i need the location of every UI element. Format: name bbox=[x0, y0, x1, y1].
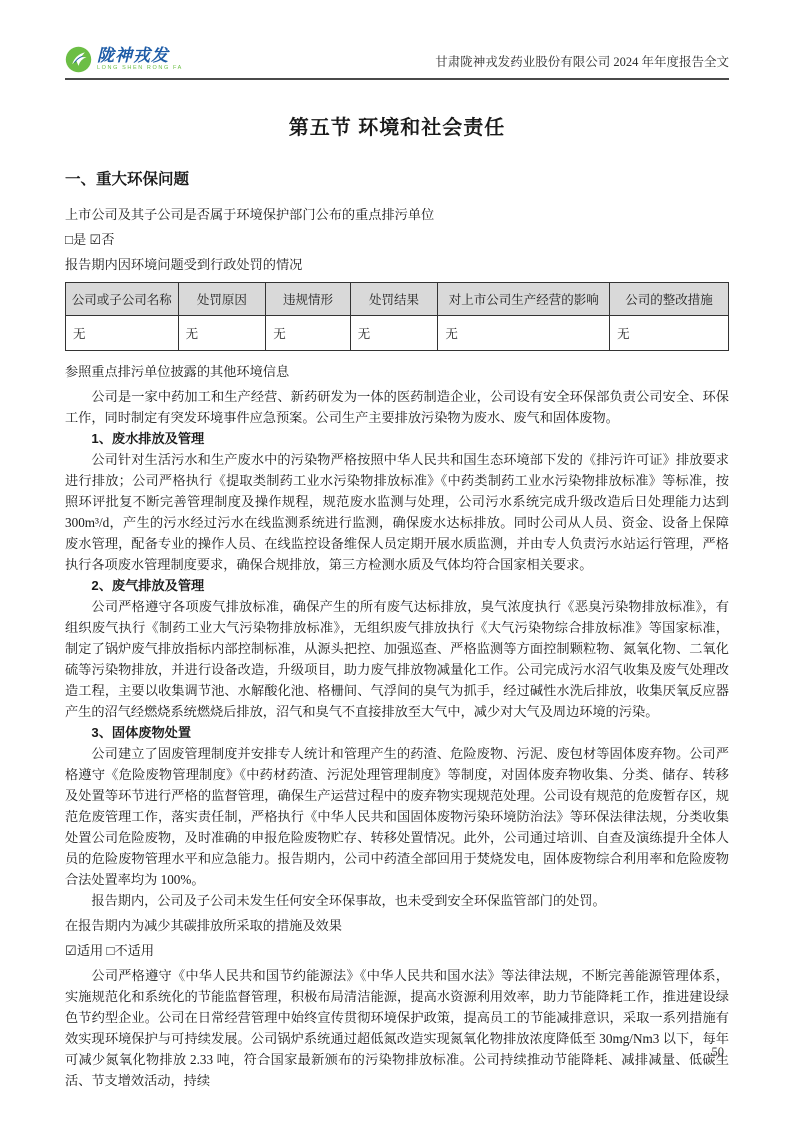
page-title: 第五节 环境和社会责任 bbox=[65, 111, 729, 140]
brand-name: 陇神戎发 bbox=[97, 47, 183, 64]
logo-text: 陇神戎发 LONG SHEN RONG FA bbox=[97, 47, 183, 72]
page-number: 50 bbox=[712, 1045, 725, 1060]
no-accident-paragraph: 报告期内，公司及子公司未发生任何安全环保事故，也未受到安全环保监管部门的处罚。 bbox=[65, 890, 729, 911]
wastegas-heading: 2、废气排放及管理 bbox=[65, 575, 729, 596]
page-header: 陇神戎发 LONG SHEN RONG FA 甘肃陇神戎发药业股份有限公司 20… bbox=[65, 46, 729, 78]
penalty-table-head: 公司或子公司名称 处罚原因 违规情形 处罚结果 对上市公司生产经营的影响 公司的… bbox=[66, 283, 729, 316]
other-env-info-title: 参照重点排污单位披露的其他环境信息 bbox=[65, 361, 729, 382]
key-pollutant-question: 上市公司及其子公司是否属于环境保护部门公布的重点排污单位 bbox=[65, 204, 729, 225]
company-intro-paragraph: 公司是一家中药加工和生产经营、新药研发为一体的医药制造企业，公司设有安全环保部负… bbox=[65, 386, 729, 428]
section-heading: 一、重大环保问题 bbox=[65, 167, 729, 189]
table-header-cell: 公司或子公司名称 bbox=[66, 283, 179, 316]
report-page: 陇神戎发 LONG SHEN RONG FA 甘肃陇神戎发药业股份有限公司 20… bbox=[0, 0, 793, 1122]
wastewater-heading: 1、废水排放及管理 bbox=[65, 428, 729, 449]
table-cell: 无 bbox=[350, 316, 438, 351]
logo-icon bbox=[65, 46, 92, 73]
table-header-cell: 对上市公司生产经营的影响 bbox=[438, 283, 610, 316]
table-header-cell: 违规情形 bbox=[266, 283, 351, 316]
table-header-cell: 处罚结果 bbox=[350, 283, 438, 316]
penalty-table: 公司或子公司名称 处罚原因 违规情形 处罚结果 对上市公司生产经营的影响 公司的… bbox=[65, 282, 729, 351]
table-row: 无 无 无 无 无 无 bbox=[66, 316, 729, 351]
admin-penalty-intro: 报告期内因环境问题受到行政处罚的情况 bbox=[65, 254, 729, 275]
table-cell: 无 bbox=[266, 316, 351, 351]
table-header-row: 公司或子公司名称 处罚原因 违规情形 处罚结果 对上市公司生产经营的影响 公司的… bbox=[66, 283, 729, 316]
header-divider bbox=[65, 78, 729, 80]
table-cell: 无 bbox=[610, 316, 729, 351]
table-header-cell: 公司的整改措施 bbox=[610, 283, 729, 316]
brand-subtitle: LONG SHEN RONG FA bbox=[97, 66, 183, 72]
table-cell: 无 bbox=[178, 316, 266, 351]
company-logo: 陇神戎发 LONG SHEN RONG FA bbox=[65, 46, 183, 73]
carbon-checkbox-line: ☑适用 □不适用 bbox=[65, 940, 729, 961]
table-cell: 无 bbox=[66, 316, 179, 351]
table-cell: 无 bbox=[438, 316, 610, 351]
carbon-measures-title: 在报告期内为减少其碳排放所采取的措施及效果 bbox=[65, 915, 729, 936]
penalty-table-body: 无 无 无 无 无 无 bbox=[66, 316, 729, 351]
table-header-cell: 处罚原因 bbox=[178, 283, 266, 316]
wastegas-paragraph: 公司严格遵守各项废气排放标准，确保产生的所有废气达标排放，臭气浓度执行《恶臭污染… bbox=[65, 596, 729, 722]
document-title: 甘肃陇神戎发药业股份有限公司 2024 年年度报告全文 bbox=[435, 52, 729, 73]
carbon-paragraph: 公司严格遵守《中华人民共和国节约能源法》《中华人民共和国水法》等法律法规，不断完… bbox=[65, 965, 729, 1091]
solidwaste-heading: 3、固体废物处置 bbox=[65, 722, 729, 743]
wastewater-paragraph: 公司针对生活污水和生产废水中的污染物严格按照中华人民共和国生态环境部下发的《排污… bbox=[65, 449, 729, 575]
solidwaste-paragraph: 公司建立了固废管理制度并安排专人统计和管理产生的药渣、危险废物、污泥、废包材等固… bbox=[65, 743, 729, 890]
key-pollutant-checkbox-line: □是 ☑否 bbox=[65, 229, 729, 250]
